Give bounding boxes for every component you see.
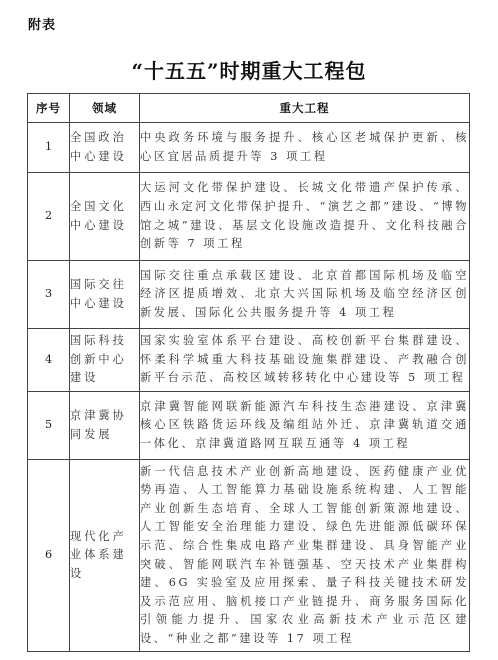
row-projects: 国际交往重点承载区建设、北京首都国际机场及临空经济区提质增效、北京大兴国际机场及… xyxy=(140,261,470,329)
row-area: 全国文化中心建设 xyxy=(70,173,140,261)
row-area: 京津冀协同发展 xyxy=(70,392,140,460)
row-number: 6 xyxy=(28,460,70,652)
table-row: 1 全国政治中心建设 中央政务环境与服务提升、核心区老城保护更新、核心区宜居品质… xyxy=(28,123,470,173)
row-number: 2 xyxy=(28,173,70,261)
row-projects: 中央政务环境与服务提升、核心区老城保护更新、核心区宜居品质提升等 3 项工程 xyxy=(140,123,470,173)
header-projects: 重大工程 xyxy=(140,94,470,123)
header-number: 序号 xyxy=(28,94,70,123)
table-row: 5 京津冀协同发展 京津冀智能网联新能源汽车科技生态港建设、京津冀核心区铁路货运… xyxy=(28,392,470,460)
row-number: 1 xyxy=(28,123,70,173)
row-projects: 新一代信息技术产业创新高地建设、医药健康产业优势再造、人工智能算力基础设施系统构… xyxy=(140,460,470,652)
row-projects: 大运河文化带保护建设、长城文化带遗产保护传承、西山永定河文化带保护提升、“演艺之… xyxy=(140,173,470,261)
row-projects: 国家实验室体系平台建设、高校创新平台集群建设、怀柔科学城重大科技基础设施集群建设… xyxy=(140,329,470,392)
appendix-label: 附表 xyxy=(28,14,56,33)
row-number: 5 xyxy=(28,392,70,460)
major-projects-table: 序号 领域 重大工程 1 全国政治中心建设 中央政务环境与服务提升、核心区老城保… xyxy=(27,93,470,652)
row-number: 4 xyxy=(28,329,70,392)
table-row: 3 国际交往中心建设 国际交往重点承载区建设、北京首都国际机场及临空经济区提质增… xyxy=(28,261,470,329)
row-projects: 京津冀智能网联新能源汽车科技生态港建设、京津冀核心区铁路货运环线及编组站外迁、京… xyxy=(140,392,470,460)
document-title: “十五五”时期重大工程包 xyxy=(0,55,498,84)
table-row: 2 全国文化中心建设 大运河文化带保护建设、长城文化带遗产保护传承、西山永定河文… xyxy=(28,173,470,261)
row-area: 现代化产业体系建设 xyxy=(70,460,140,652)
row-area: 国际科技创新中心建设 xyxy=(70,329,140,392)
row-area: 国际交往中心建设 xyxy=(70,261,140,329)
header-area: 领域 xyxy=(70,94,140,123)
table-header-row: 序号 领域 重大工程 xyxy=(28,94,470,123)
table-row: 6 现代化产业体系建设 新一代信息技术产业创新高地建设、医药健康产业优势再造、人… xyxy=(28,460,470,652)
row-area: 全国政治中心建设 xyxy=(70,123,140,173)
table-row: 4 国际科技创新中心建设 国家实验室体系平台建设、高校创新平台集群建设、怀柔科学… xyxy=(28,329,470,392)
row-number: 3 xyxy=(28,261,70,329)
